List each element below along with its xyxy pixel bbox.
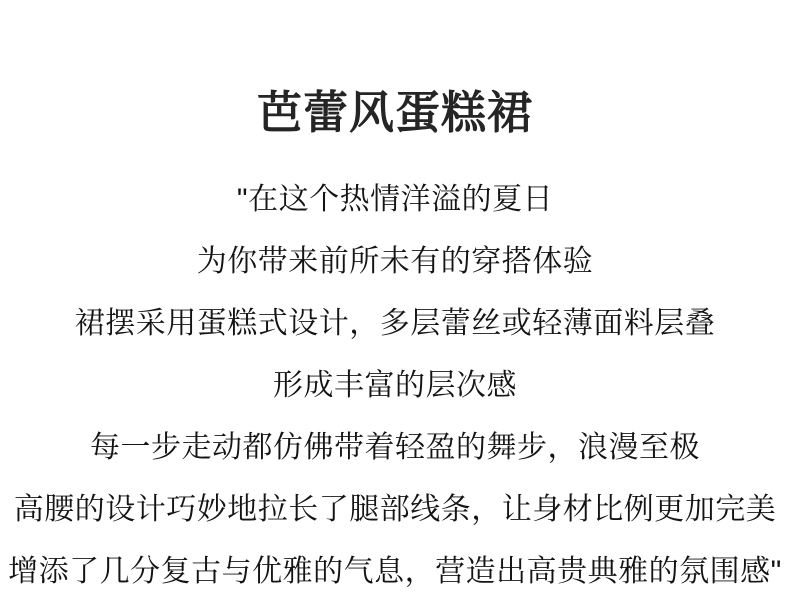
body-line: 形成丰富的层次感 [0, 351, 790, 413]
body-line: "在这个热情洋溢的夏日 [0, 165, 790, 227]
description-text-block: "在这个热情洋溢的夏日 为你带来前所未有的穿搭体验 裙摆采用蛋糕式设计，多层蕾丝… [0, 165, 790, 599]
body-line: 增添了几分复古与优雅的气息，营造出高贵典雅的氛围感" [0, 537, 790, 599]
body-line: 高腰的设计巧妙地拉长了腿部线条，让身材比例更加完美 [0, 475, 790, 537]
body-line: 裙摆采用蛋糕式设计，多层蕾丝或轻薄面料层叠 [0, 289, 790, 351]
body-line: 每一步走动都仿佛带着轻盈的舞步，浪漫至极 [0, 413, 790, 475]
body-line: 为你带来前所未有的穿搭体验 [0, 227, 790, 289]
page-title: 芭蕾风蛋糕裙 [0, 89, 790, 136]
product-description-page: 芭蕾风蛋糕裙 "在这个热情洋溢的夏日 为你带来前所未有的穿搭体验 裙摆采用蛋糕式… [0, 0, 790, 613]
